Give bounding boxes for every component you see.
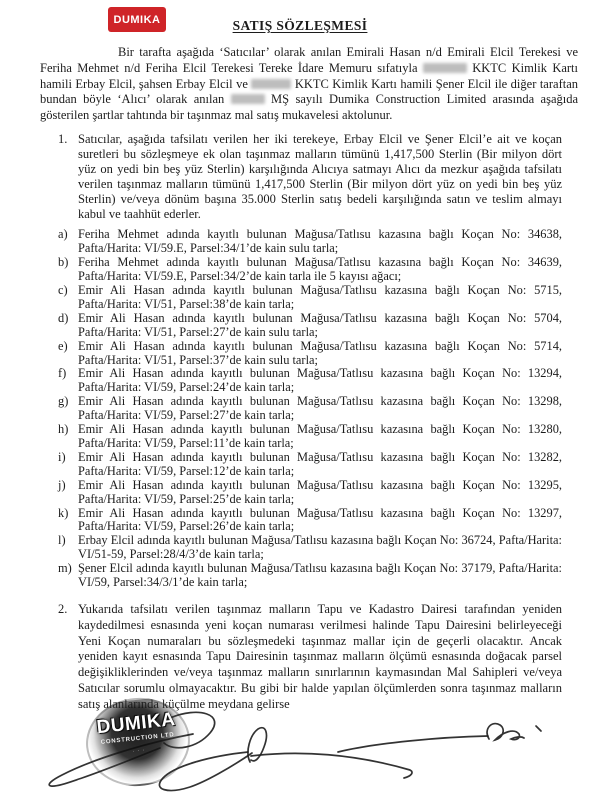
clause-1-number: 1.: [58, 132, 67, 147]
property-text-g: Emir Ali Hasan adında kayıtlı bulunan Ma…: [78, 394, 562, 422]
property-item-g: g)Emir Ali Hasan adında kayıtlı bulunan …: [40, 395, 562, 423]
property-item-j: j)Emir Ali Hasan adında kayıtlı bulunan …: [40, 479, 562, 507]
property-text-j: Emir Ali Hasan adında kayıtlı bulunan Ma…: [78, 478, 562, 506]
property-item-l: l)Erbay Elcil adında kayıtlı bulunan Mağ…: [40, 534, 562, 562]
property-item-m: m)Şener Elcil adında kayıtlı bulunan Mağ…: [40, 562, 562, 590]
document-title-text: SATIŞ SÖZLEŞMESİ: [233, 18, 368, 33]
property-label-c: c): [58, 284, 68, 298]
company-round-stamp: DUMIKA CONSTRUCTION LTD · · ·: [82, 693, 195, 791]
property-text-h: Emir Ali Hasan adında kayıtlı bulunan Ma…: [78, 422, 562, 450]
property-label-h: h): [58, 423, 68, 437]
property-label-b: b): [58, 256, 68, 270]
contract-page: DUMIKA SATIŞ SÖZLEŞMESİ Bir tarafta aşağ…: [0, 0, 600, 803]
property-text-c: Emir Ali Hasan adında kayıtlı bulunan Ma…: [78, 283, 562, 311]
property-label-i: i): [58, 451, 66, 465]
property-label-a: a): [58, 228, 68, 242]
property-text-e: Emir Ali Hasan adında kayıtlı bulunan Ma…: [78, 339, 562, 367]
property-list: a)Feriha Mehmet adında kayıtlı bulunan M…: [40, 228, 562, 590]
company-badge-label: DUMIKA: [114, 14, 161, 26]
clause-2-number: 2.: [58, 602, 67, 618]
property-label-j: j): [58, 479, 66, 493]
redacted-id-number-2: [251, 79, 291, 89]
property-text-k: Emir Ali Hasan adında kayıtlı bulunan Ma…: [78, 506, 562, 534]
property-label-e: e): [58, 340, 68, 354]
property-item-c: c)Emir Ali Hasan adında kayıtlı bulunan …: [40, 284, 562, 312]
redacted-registration-number: [231, 94, 265, 104]
property-item-b: b)Feriha Mehmet adında kayıtlı bulunan M…: [40, 256, 562, 284]
preamble-paragraph: Bir tarafta aşağıda ‘Satıcılar’ olarak a…: [40, 45, 578, 124]
redacted-id-number-1: [423, 63, 467, 73]
property-item-a: a)Feriha Mehmet adında kayıtlı bulunan M…: [40, 228, 562, 256]
property-label-d: d): [58, 312, 68, 326]
property-item-e: e)Emir Ali Hasan adında kayıtlı bulunan …: [40, 340, 562, 368]
property-item-i: i)Emir Ali Hasan adında kayıtlı bulunan …: [40, 451, 562, 479]
property-item-h: h)Emir Ali Hasan adında kayıtlı bulunan …: [40, 423, 562, 451]
property-text-l: Erbay Elcil adında kayıtlı bulunan Mağus…: [78, 533, 562, 561]
property-label-g: g): [58, 395, 68, 409]
property-text-f: Emir Ali Hasan adında kayıtlı bulunan Ma…: [78, 366, 562, 394]
property-text-m: Şener Elcil adında kayıtlı bulunan Mağus…: [78, 561, 562, 589]
property-label-k: k): [58, 507, 68, 521]
property-text-a: Feriha Mehmet adında kayıtlı bulunan Mağ…: [78, 227, 562, 255]
property-label-f: f): [58, 367, 66, 381]
property-item-k: k)Emir Ali Hasan adında kayıtlı bulunan …: [40, 507, 562, 535]
company-badge-stamp: DUMIKA: [108, 7, 166, 32]
property-label-m: m): [58, 562, 72, 576]
signature-middle: [159, 728, 412, 791]
property-item-f: f)Emir Ali Hasan adında kayıtlı bulunan …: [40, 367, 562, 395]
property-label-l: l): [58, 534, 66, 548]
property-text-b: Feriha Mehmet adında kayıtlı bulunan Mağ…: [78, 255, 562, 283]
clause-1: 1. Satıcılar, aşağıda tafsilatı verilen …: [40, 132, 562, 221]
property-text-d: Emir Ali Hasan adında kayıtlı bulunan Ma…: [78, 311, 562, 339]
document-title: SATIŞ SÖZLEŞMESİ: [0, 18, 600, 34]
property-item-d: d)Emir Ali Hasan adında kayıtlı bulunan …: [40, 312, 562, 340]
property-text-i: Emir Ali Hasan adında kayıtlı bulunan Ma…: [78, 450, 562, 478]
signature-right: [338, 724, 541, 752]
clause-1-text: Satıcılar, aşağıda tafsilatı verilen her…: [78, 132, 562, 221]
